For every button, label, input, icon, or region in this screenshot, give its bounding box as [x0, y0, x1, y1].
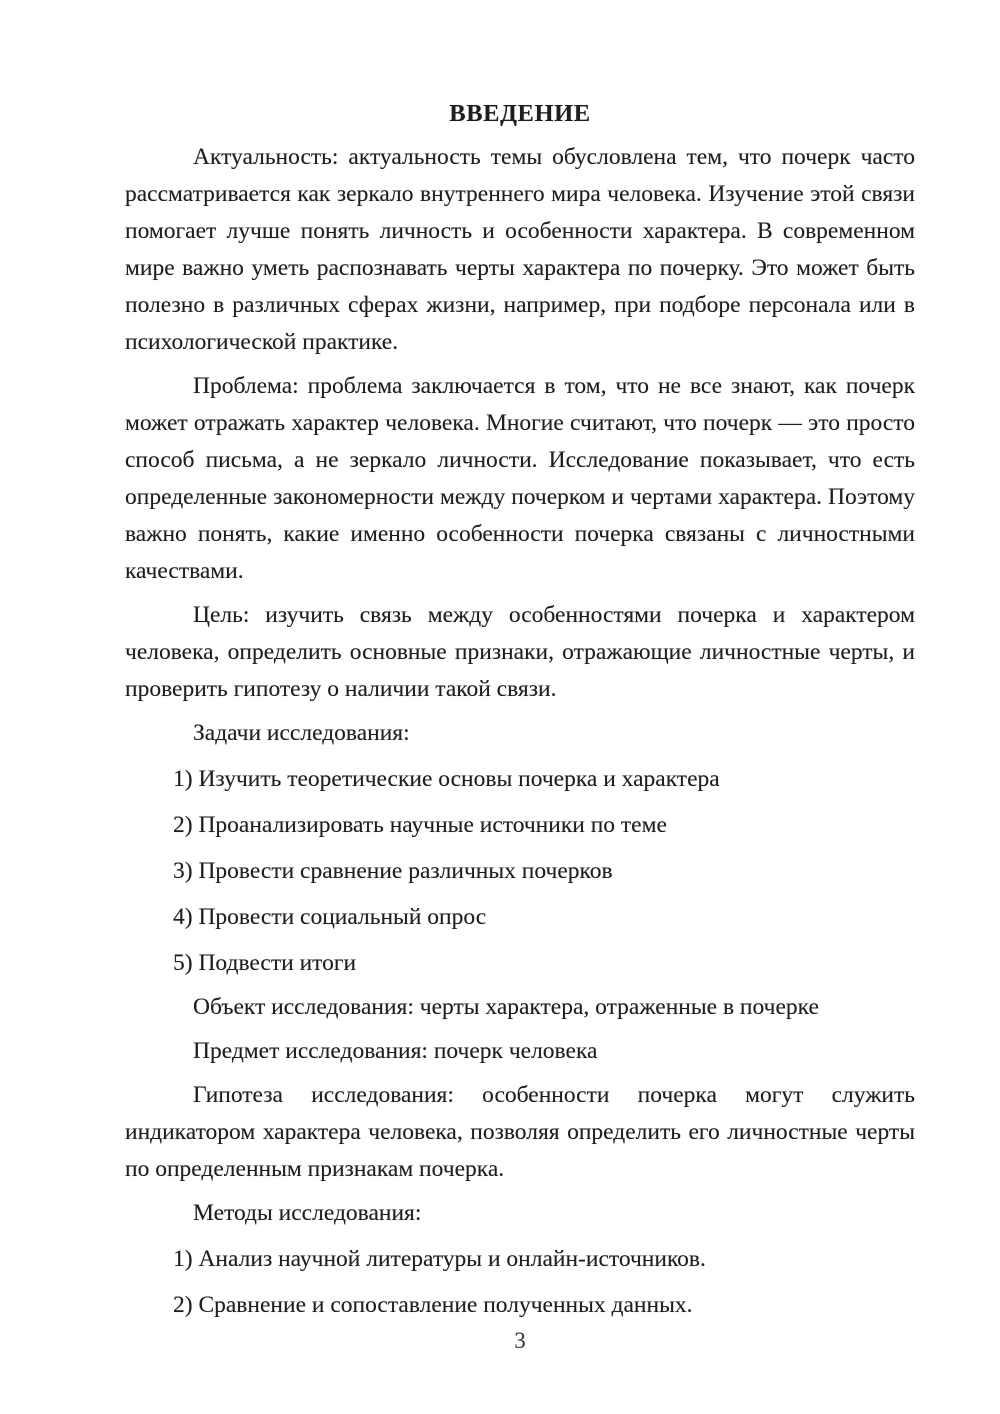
task-text: Подвести итоги [198, 950, 356, 976]
paragraph-tsel: Цель: изучить связь между особенностями … [125, 597, 915, 708]
method-number: 2) [173, 1292, 193, 1318]
paragraph-aktualnost: Актуальность: актуальность темы обусловл… [125, 139, 915, 361]
task-number: 4) [173, 904, 193, 930]
task-item-2: 2) Проанализировать научные источники по… [125, 807, 915, 844]
task-item-4: 4) Провести социальный опрос [125, 899, 915, 936]
task-number: 1) [173, 766, 193, 792]
paragraph-metody-label: Методы исследования: [125, 1195, 915, 1232]
paragraph-gipoteza: Гипотеза исследования: особенности почер… [125, 1077, 915, 1188]
section-heading: ВВЕДЕНИЕ [125, 95, 915, 132]
paragraph-problema: Проблема: проблема заключается в том, чт… [125, 368, 915, 590]
method-number: 1) [173, 1246, 193, 1272]
task-text: Изучить теоретические основы почерка и х… [198, 766, 719, 792]
task-text: Провести социальный опрос [198, 904, 486, 930]
paragraph-obekt: Объект исследования: черты характера, от… [125, 989, 915, 1026]
task-number: 2) [173, 812, 193, 838]
task-text: Провести сравнение различных почерков [198, 858, 612, 884]
method-item-1: 1) Анализ научной литературы и онлайн-ис… [125, 1241, 915, 1278]
task-text: Проанализировать научные источники по те… [198, 812, 666, 838]
task-item-3: 3) Провести сравнение различных почерков [125, 853, 915, 890]
method-text: Анализ научной литературы и онлайн-источ… [198, 1246, 705, 1272]
task-item-5: 5) Подвести итоги [125, 945, 915, 982]
page-number: 3 [125, 1322, 915, 1359]
task-number: 3) [173, 858, 193, 884]
task-number: 5) [173, 950, 193, 976]
document-page: ВВЕДЕНИЕ Актуальность: актуальность темы… [0, 0, 1000, 1414]
paragraph-zadachi-label: Задачи исследования: [125, 715, 915, 752]
paragraph-predmet: Предмет исследования: почерк человека [125, 1033, 915, 1070]
method-text: Сравнение и сопоставление полученных дан… [198, 1292, 692, 1318]
document-content: ВВЕДЕНИЕ Актуальность: актуальность темы… [125, 95, 915, 1324]
method-item-2: 2) Сравнение и сопоставление полученных … [125, 1287, 915, 1324]
task-item-1: 1) Изучить теоретические основы почерка … [125, 761, 915, 798]
